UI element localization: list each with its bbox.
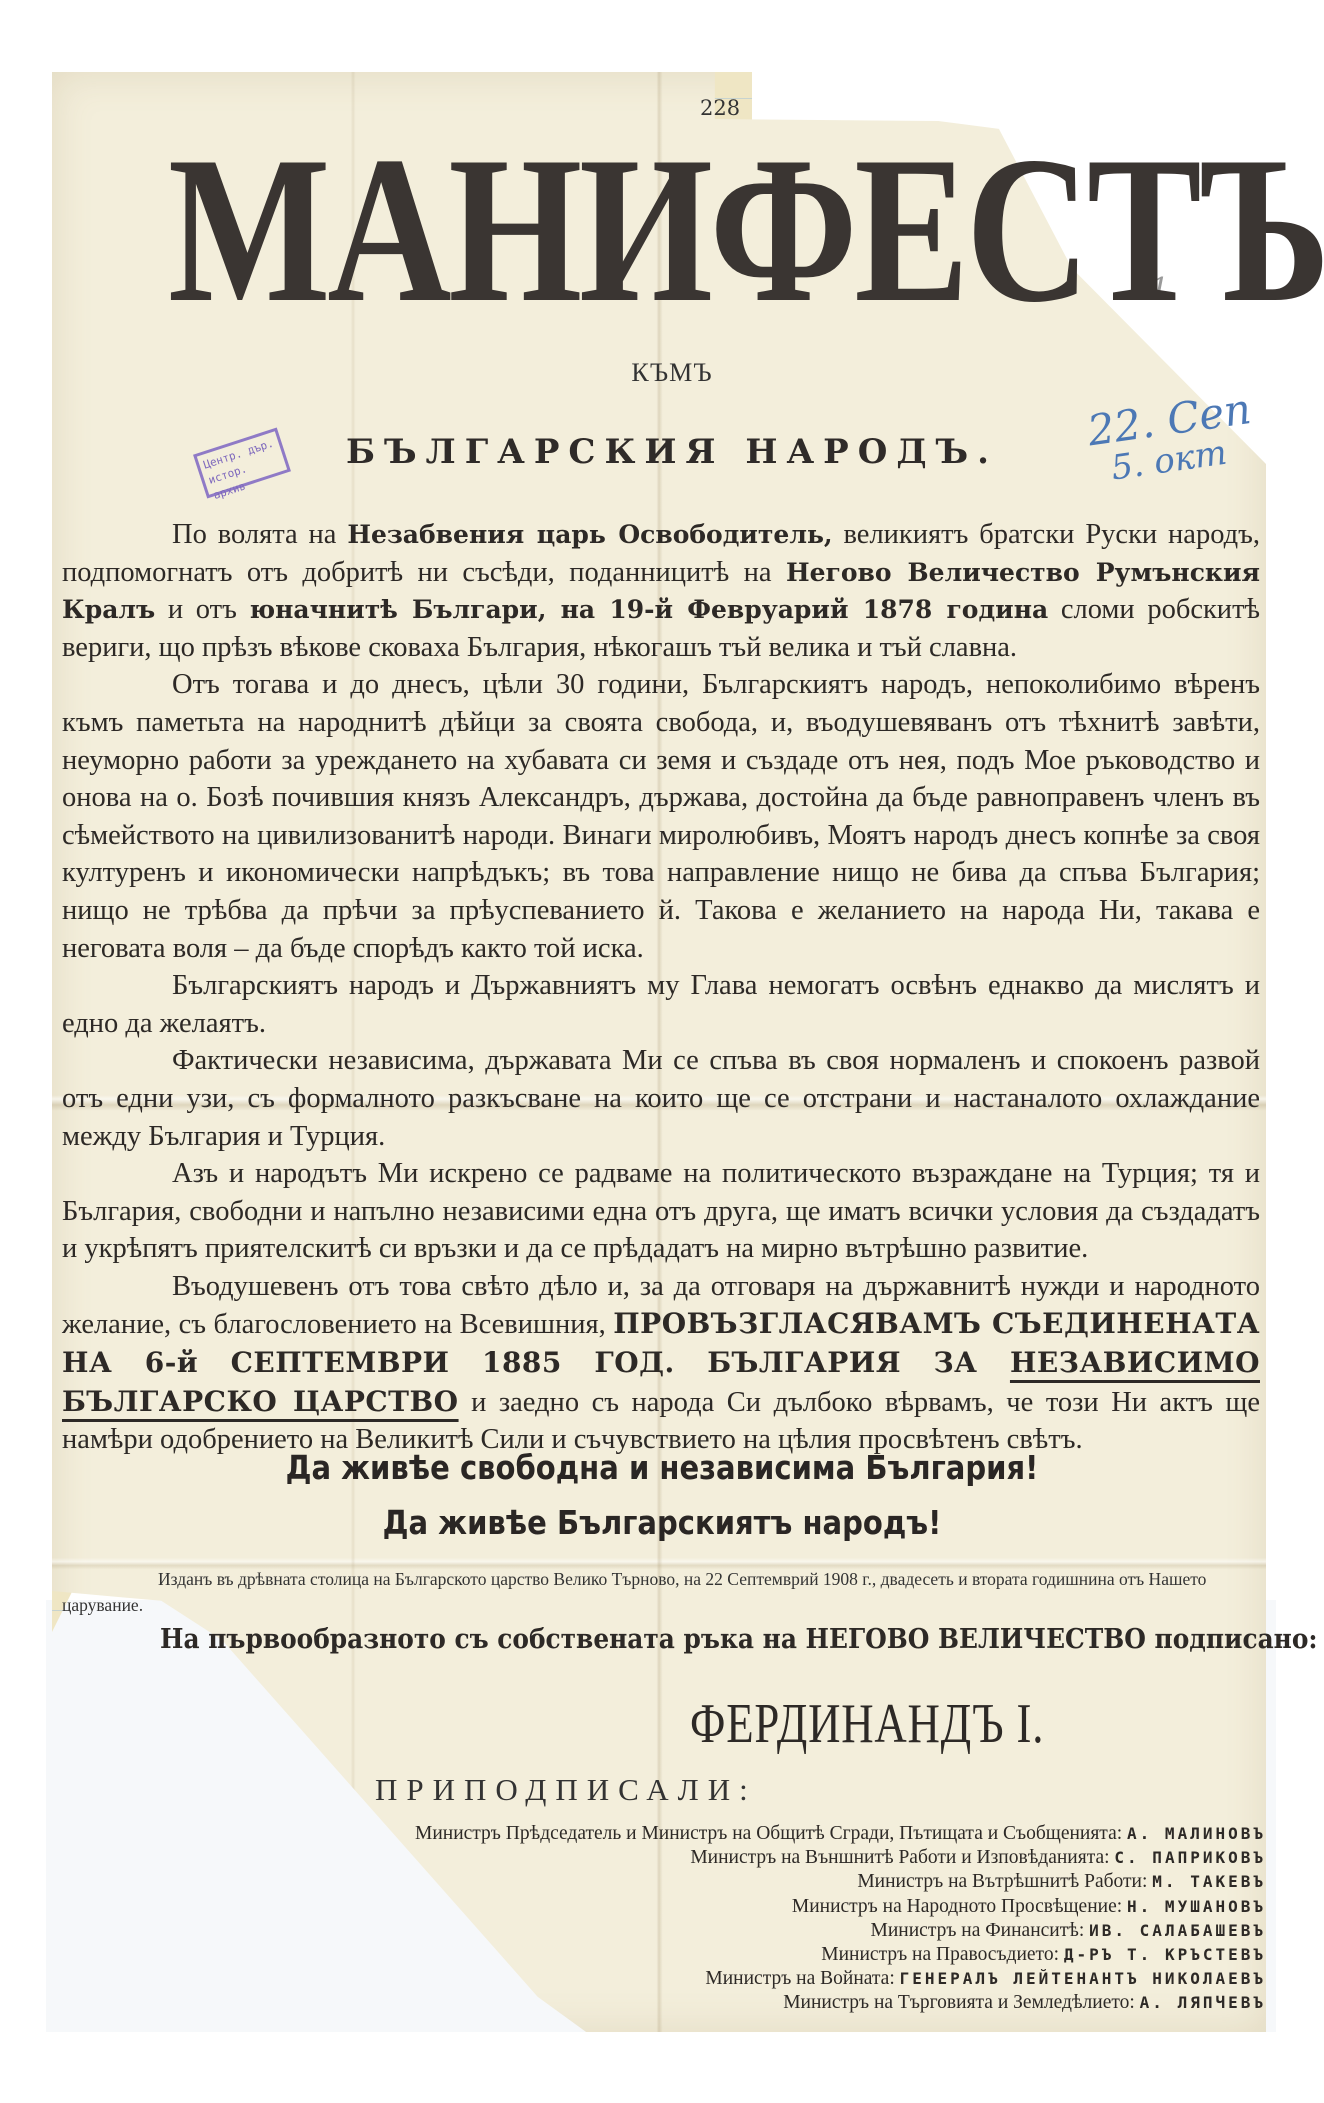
bold-segment: Незабвения царь Освободитель, xyxy=(347,520,832,549)
paragraph-2: Отъ тогава и до днесъ, цѣли 30 години, Б… xyxy=(62,666,1260,967)
minister-row: Министръ Прѣдседатель и Министръ на Общи… xyxy=(166,1822,1266,1846)
text-segment: и отъ xyxy=(155,594,249,625)
minister-name: М. ТАКЕВЪ xyxy=(1152,1872,1266,1891)
minister-title: Министръ на Народното Просвѣщение: xyxy=(792,1896,1122,1917)
minister-name: С. ПАПРИКОВЪ xyxy=(1114,1848,1266,1867)
minister-name: Д-РЪ Т. КРЪСТЕВЪ xyxy=(1064,1945,1266,1964)
paragraph-1: По волята на Незабвения царь Освободител… xyxy=(62,516,1260,666)
minister-row: Министръ на Народното Просвѣщение: Н. МУ… xyxy=(166,1895,1266,1919)
minister-title: Министръ Прѣдседатель и Министръ на Общи… xyxy=(415,1823,1122,1844)
manifesto-body: По волята на Незабвения царь Освободител… xyxy=(62,516,1260,1459)
text-segment: По волята на xyxy=(172,519,347,550)
signed-statement: На първообразното съ собствената ръка на… xyxy=(160,1624,1318,1655)
minister-row: Министръ на Правосъдието: Д-РЪ Т. КРЪСТЕ… xyxy=(166,1943,1266,1967)
slogan-1: Да живѣе свободна и независима България! xyxy=(79,1448,1244,1487)
paragraph-5: Азъ и народътъ Ми искрено се радваме на … xyxy=(62,1155,1260,1268)
minister-title: Министръ на Войната: xyxy=(705,1968,894,1989)
paragraph-6-proclamation: Въодушевенъ отъ това свѣто дѣло и, за да… xyxy=(62,1268,1260,1459)
minister-title: Министръ на Финанситѣ: xyxy=(871,1920,1085,1941)
bold-segment: юначнитѣ Българи, на 19-й Февруарий 1878… xyxy=(249,595,1048,624)
minister-row: Министръ на Външнитѣ Работи и Изповѣдани… xyxy=(166,1846,1266,1870)
minister-title: Министръ на Търговията и Земледѣлието: xyxy=(783,1992,1135,2013)
issued-text: Изданъ въ дрѣвната столица на Българскот… xyxy=(62,1569,1206,1615)
slogan-2: Да живѣе Българскиятъ народъ! xyxy=(79,1503,1244,1542)
paragraph-3: Българскиятъ народъ и Държавниятъ му Гла… xyxy=(62,967,1260,1042)
minister-title: Министръ на Външнитѣ Работи и Изповѣдани… xyxy=(690,1847,1109,1868)
minister-row: Министръ на Търговията и Земледѣлието: А… xyxy=(166,1991,1266,2015)
monarch-signature: ФЕРДИНАНДЪ I. xyxy=(690,1692,1044,1756)
minister-name: ИВ. САЛАБАШЕВЪ xyxy=(1089,1921,1266,1940)
minister-name: Н. МУШАНОВЪ xyxy=(1127,1897,1266,1916)
subtitle-to: КЪМЪ xyxy=(0,358,1324,388)
ministers-list: Министръ Прѣдседатель и Министръ на Общи… xyxy=(166,1822,1266,2016)
minister-title: Министръ на Вътрѣшнитѣ Работи: xyxy=(857,1871,1147,1892)
minister-name: А. ЛЯПЧЕВЪ xyxy=(1140,1993,1266,2012)
cosigned-heading: ПРИПОДПИСАЛИ: xyxy=(375,1772,757,1808)
paragraph-4: Фактически независима, държавата Ми се с… xyxy=(62,1042,1260,1155)
minister-row: Министръ на Войната: ГЕНЕРАЛЪ ЛЕЙТЕНАНТЪ… xyxy=(166,1967,1266,1991)
issued-statement: Изданъ въ дрѣвната столица на Българскот… xyxy=(62,1566,1262,1618)
minister-row: Министръ на Вътрѣшнитѣ Работи: М. ТАКЕВЪ xyxy=(166,1870,1266,1894)
minister-name: А. МАЛИНОВЪ xyxy=(1127,1824,1266,1843)
minister-name: ГЕНЕРАЛЪ ЛЕЙТЕНАНТЪ НИКОЛАЕВЪ xyxy=(900,1969,1266,1988)
minister-title: Министръ на Правосъдието: xyxy=(821,1944,1059,1965)
manifesto-title: МАНИФЕСТЪ xyxy=(168,130,955,330)
minister-row: Министръ на Финанситѣ: ИВ. САЛАБАШЕВЪ xyxy=(166,1919,1266,1943)
